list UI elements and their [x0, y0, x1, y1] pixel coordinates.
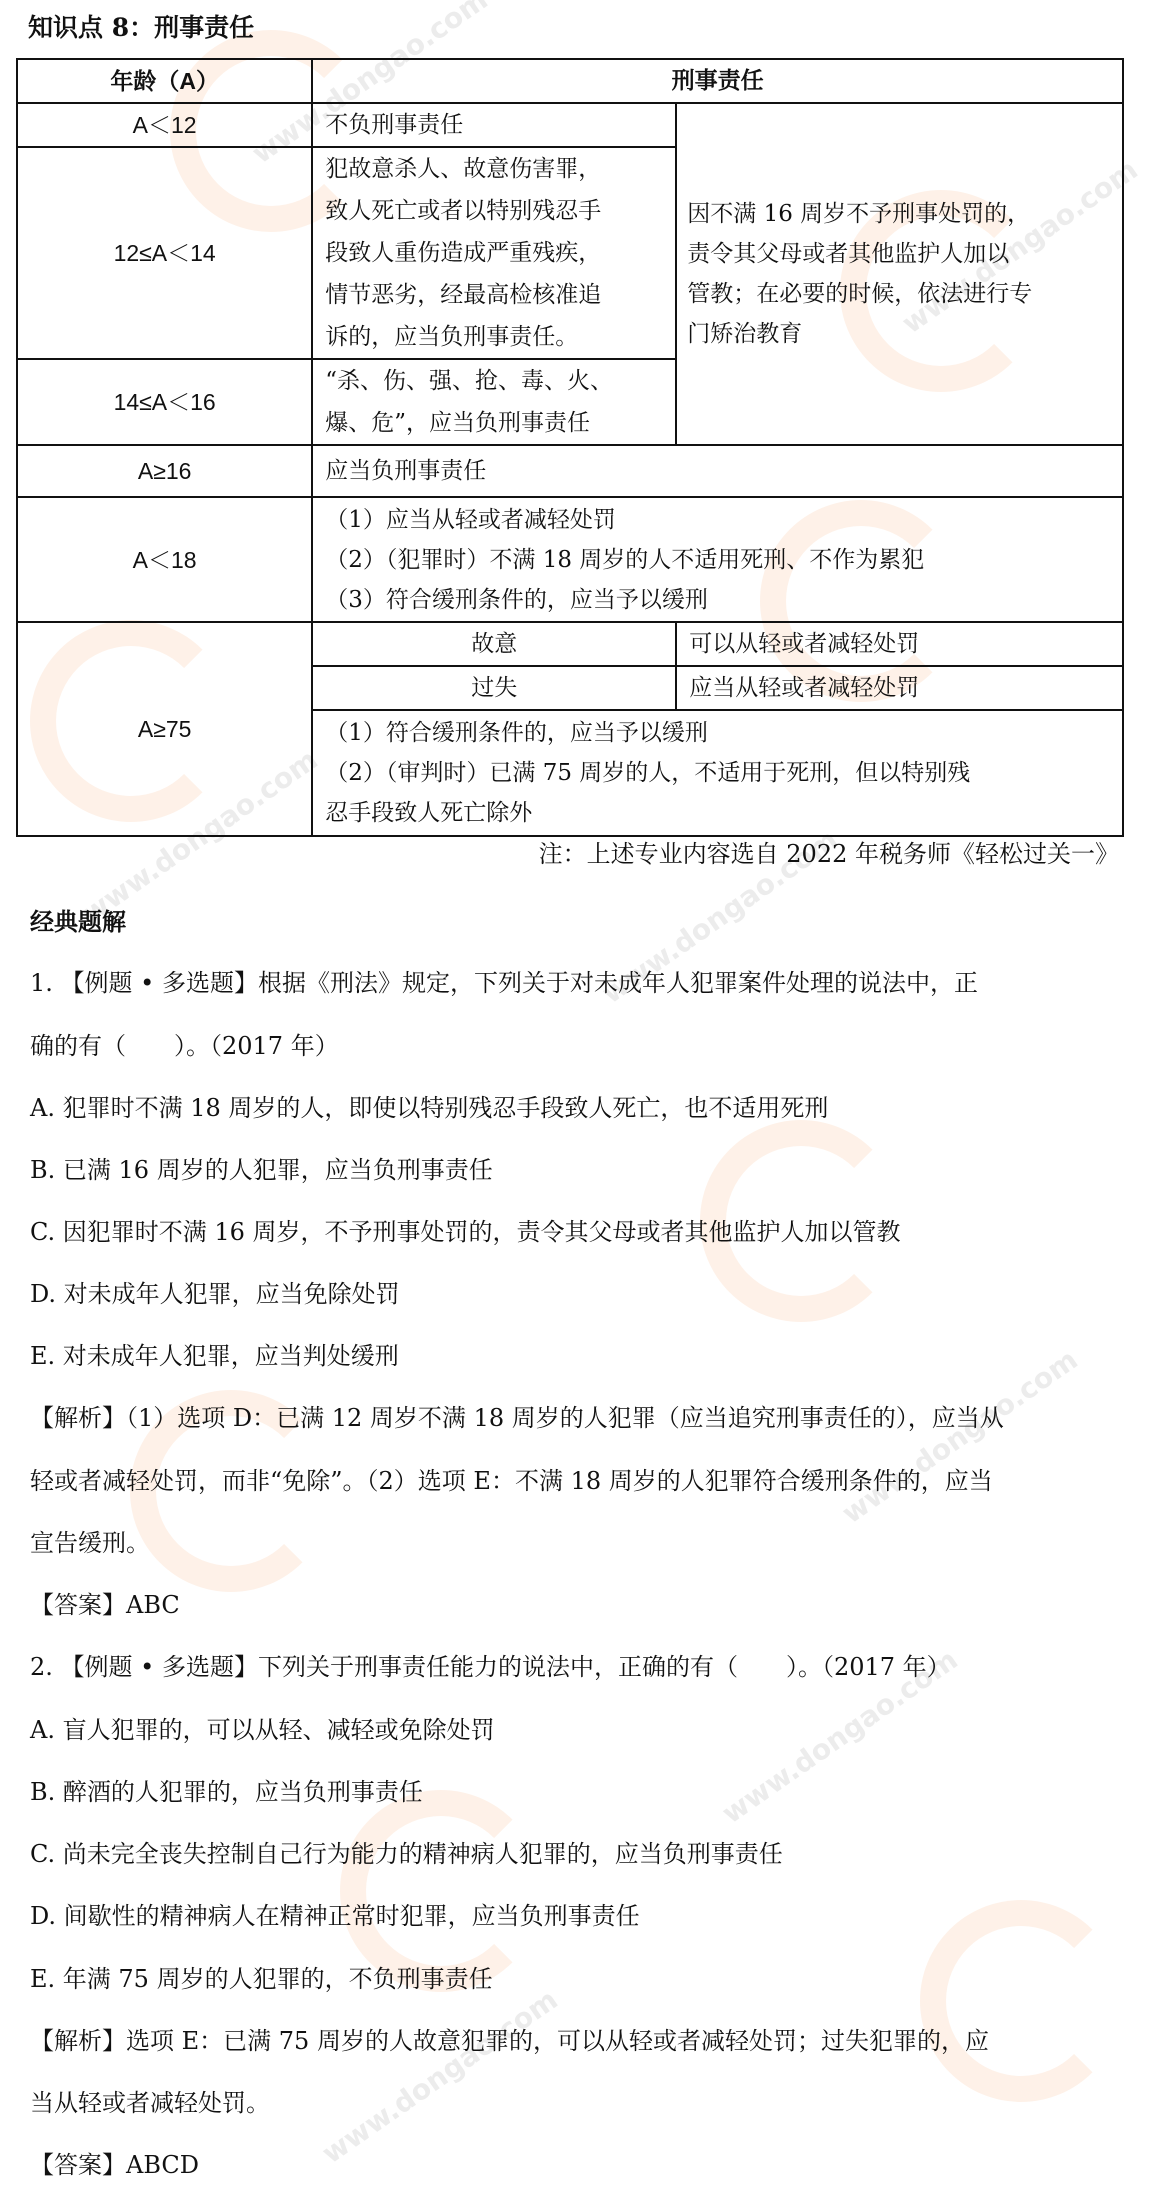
text-line: 犯故意杀人、故意伤害罪，	[325, 148, 663, 190]
question-2-option-a: A. 盲人犯罪的，可以从轻、减轻或免除处罚	[30, 1715, 495, 1745]
table-row: A≥16 应当负刑事责任	[17, 445, 1123, 497]
question-1-stem-line: 1. 【例题 • 多选题】根据《刑法》规定，下列关于对未成年人犯罪案件处理的说法…	[30, 968, 978, 998]
table-row: A＜12 不负刑事责任 因不满 16 周岁不予刑事处罚的， 责令其父母或者其他监…	[17, 103, 1123, 147]
text-line: （1）符合缓刑条件的，应当予以缓刑	[325, 713, 1110, 753]
age-cell: 14≤A＜16	[17, 359, 312, 445]
table-row: A＜18 （1）应当从轻或者减轻处罚 （2）（犯罪时）不满 18 周岁的人不适用…	[17, 497, 1123, 622]
watermark-logo-icon	[920, 1900, 1122, 2102]
responsibility-cell: 不负刑事责任	[312, 103, 676, 147]
text-line: 段致人重伤造成严重残疾，	[325, 232, 663, 274]
question-1-option-a: A. 犯罪时不满 18 周岁的人，即使以特别残忍手段致人死亡，也不适用死刑	[30, 1093, 828, 1123]
question-2-option-c: C. 尚未完全丧失控制自己行为能力的精神病人犯罪的，应当负刑事责任	[30, 1839, 783, 1869]
watermark-text: www.dongao.com	[316, 1983, 564, 2170]
question-1-option-c: C. 因犯罪时不满 16 周岁，不予刑事处罚的，责令其父母或者其他监护人加以管教	[30, 1217, 901, 1247]
text-line: 门矫治教育	[687, 314, 1110, 354]
text-line: （2）（审判时）已满 75 周岁的人，不适用于死刑，但以特别残	[325, 753, 1110, 793]
header-age: 年龄（A）	[17, 59, 312, 103]
text-line: 责令其父母或者其他监护人加以	[687, 234, 1110, 274]
text-line: 致人死亡或者以特别残忍手	[325, 190, 663, 232]
text-line: （2）（犯罪时）不满 18 周岁的人不适用死刑、不作为累犯	[325, 540, 1110, 580]
source-note: 注：上述专业内容选自 2022 年税务师《轻松过关一》	[539, 834, 1119, 869]
text-line: 诉的，应当负刑事责任。	[325, 316, 663, 358]
table-header-row: 年龄（A） 刑事责任	[17, 59, 1123, 103]
age-cell: A≥16	[17, 445, 312, 497]
title-text: 刑事责任	[154, 13, 254, 42]
age-cell: A≥75	[17, 622, 312, 836]
question-1-analysis-line: 宣告缓刑。	[30, 1528, 150, 1558]
criminal-responsibility-table: 年龄（A） 刑事责任 A＜12 不负刑事责任 因不满 16 周岁不予刑事处罚的，…	[16, 58, 1124, 837]
merged-responsibility-cell: 因不满 16 周岁不予刑事处罚的， 责令其父母或者其他监护人加以 管教；在必要的…	[676, 103, 1123, 445]
watermark-text: www.dongao.com	[836, 1343, 1084, 1530]
header-responsibility: 刑事责任	[312, 59, 1123, 103]
responsibility-cell: 可以从轻或者减轻处罚	[676, 622, 1123, 666]
question-2-answer: 【答案】ABCD	[30, 2150, 199, 2180]
responsibility-cell: 应当负刑事责任	[312, 445, 1123, 497]
text-line: 忍手段致人死亡除外	[325, 793, 1110, 833]
watermark-logo-icon	[340, 1790, 542, 1992]
text-line: （1）应当从轻或者减轻处罚	[325, 500, 1110, 540]
section-title: 经典题解	[30, 907, 126, 937]
question-1-analysis-line: 【解析】（1）选项 D：已满 12 周岁不满 18 周岁的人犯罪（应当追究刑事责…	[30, 1403, 1004, 1433]
text-line: 因不满 16 周岁不予刑事处罚的，	[687, 194, 1110, 234]
table-row: A≥75 故意 可以从轻或者减轻处罚	[17, 622, 1123, 666]
question-2-analysis-line: 【解析】选项 E：已满 75 周岁的人故意犯罪的，可以从轻或者减轻处罚；过失犯罪…	[30, 2026, 989, 2056]
text-line: （3）符合缓刑条件的，应当予以缓刑	[325, 580, 1110, 620]
question-1-option-d: D. 对未成年人犯罪，应当免除处罚	[30, 1279, 400, 1309]
text-line: 管教；在必要的时候，依法进行专	[687, 274, 1110, 314]
question-1-analysis-line: 轻或者减轻处罚，而非“免除”。（2）选项 E：不满 18 周岁的人犯罪符合缓刑条…	[30, 1466, 993, 1496]
question-1-stem-line: 确的有（ ）。（2017 年）	[30, 1031, 339, 1061]
intent-type-cell: 过失	[312, 666, 676, 710]
question-1-answer: 【答案】ABC	[30, 1590, 180, 1620]
question-2-option-d: D. 间歇性的精神病人在精神正常时犯罪，应当负刑事责任	[30, 1901, 640, 1931]
question-1-option-e: E. 对未成年人犯罪，应当判处缓刑	[30, 1341, 399, 1371]
question-1-option-b: B. 已满 16 周岁的人犯罪，应当负刑事责任	[30, 1155, 493, 1185]
age-cell: A＜18	[17, 497, 312, 622]
text-line: 爆、危”，应当负刑事责任	[325, 402, 663, 444]
responsibility-cell: （1）应当从轻或者减轻处罚 （2）（犯罪时）不满 18 周岁的人不适用死刑、不作…	[312, 497, 1123, 622]
intent-type-cell: 故意	[312, 622, 676, 666]
text-line: 情节恶劣，经最高检核准追	[325, 274, 663, 316]
page-title: 知识点 8：刑事责任	[28, 8, 254, 44]
responsibility-cell: 应当从轻或者减轻处罚	[676, 666, 1123, 710]
text-line: “杀、伤、强、抢、毒、火、	[325, 360, 663, 402]
responsibility-cell: （1）符合缓刑条件的，应当予以缓刑 （2）（审判时）已满 75 周岁的人，不适用…	[312, 710, 1123, 836]
responsibility-cell: “杀、伤、强、抢、毒、火、 爆、危”，应当负刑事责任	[312, 359, 676, 445]
question-2-stem-line: 2. 【例题 • 多选题】下列关于刑事责任能力的说法中，正确的有（ ）。（201…	[30, 1652, 951, 1682]
question-2-analysis-line: 当从轻或者减轻处罚。	[30, 2088, 270, 2118]
responsibility-cell: 犯故意杀人、故意伤害罪， 致人死亡或者以特别残忍手 段致人重伤造成严重残疾， 情…	[312, 147, 676, 359]
question-2-option-b: B. 醉酒的人犯罪的，应当负刑事责任	[30, 1777, 423, 1807]
question-2-option-e: E. 年满 75 周岁的人犯罪的，不负刑事责任	[30, 1964, 493, 1994]
age-cell: 12≤A＜14	[17, 147, 312, 359]
age-cell: A＜12	[17, 103, 312, 147]
title-prefix: 知识点 8：	[28, 13, 154, 42]
